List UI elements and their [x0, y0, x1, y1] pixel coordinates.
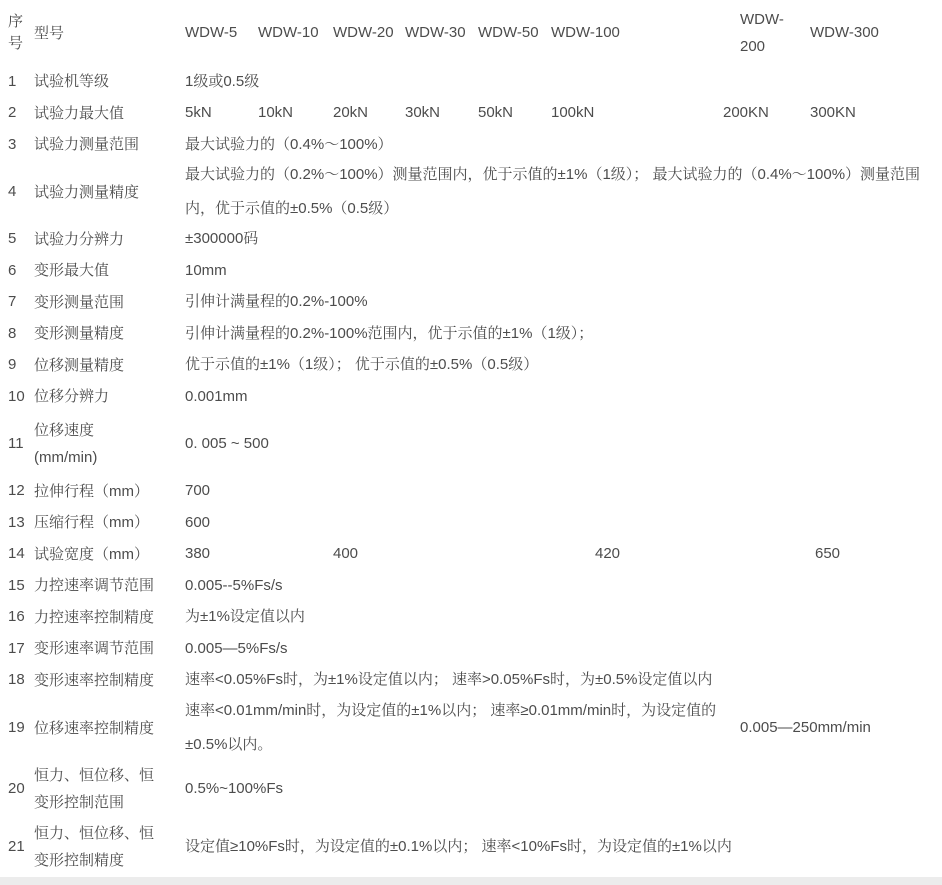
table-row: 10 位移分辨力 0.001mm — [0, 381, 942, 413]
row-value: 1级或0.5级 — [185, 65, 942, 99]
row-label: 恒力、恒位移、恒变形控制精度 — [34, 820, 185, 874]
row-label: 位移速率控制精度 — [34, 715, 185, 742]
row-value: 设定值≥10%Fs时，为设定值的±0.1%以内； 速率<10%Fs时，为设定值的… — [185, 830, 942, 864]
spec-table: 序 号 型号 WDW-5 WDW-10 WDW-20 WDW-30 WDW-50… — [0, 0, 942, 885]
width-cell: 650 — [815, 537, 840, 571]
row-label: 位移测量精度 — [34, 352, 185, 379]
row-number: 8 — [8, 323, 34, 345]
row-number: 15 — [8, 575, 34, 597]
row-label: 位移分辨力 — [34, 383, 185, 410]
row-number: 12 — [8, 480, 34, 502]
row-number: 5 — [8, 228, 34, 250]
table-row: 19 位移速率控制精度 速率<0.01mm/min时，为设定值的±1%以内； 速… — [0, 696, 942, 760]
row-label: 变形速率控制精度 — [34, 667, 185, 694]
row-value: 0.005--5%Fs/s — [185, 569, 942, 603]
table-row: 20 恒力、恒位移、恒变形控制范围 0.5%~100%Fs — [0, 760, 942, 817]
model-cell: WDW-300 — [810, 16, 879, 50]
table-row: 11 位移速度 (mm/min) 0. 005 ~ 500 — [0, 413, 942, 476]
row-number: 16 — [8, 606, 34, 628]
model-cell: WDW-200 — [740, 6, 804, 60]
row-value: 最大试验力的（0.2%～100%）测量范围内，优于示值的±1%（1级）； 最大试… — [185, 158, 930, 226]
model-cell: WDW-20 — [333, 16, 394, 50]
force-cell: 100kN — [551, 96, 594, 130]
table-row: 15 力控速率调节范围 0.005--5%Fs/s — [0, 570, 942, 602]
row-number: 3 — [8, 134, 34, 156]
row-label: 位移速度 (mm/min) — [34, 417, 185, 471]
row-label: 试验力分辨力 — [34, 226, 185, 253]
row-value: 600 — [185, 506, 942, 540]
header-model-label: 型号 — [34, 20, 185, 47]
table-row: 21 恒力、恒位移、恒变形控制精度 设定值≥10%Fs时，为设定值的±0.1%以… — [0, 817, 942, 877]
table-row: 14 试验宽度（mm） 380 400 420 650 — [0, 539, 942, 571]
row-value: 引伸计满量程的0.2%-100%范围内，优于示值的±1%（1级）； — [185, 317, 942, 351]
model-cell: WDW-30 — [405, 16, 466, 50]
model-cell: WDW-5 — [185, 16, 237, 50]
row-label: 力控速率控制精度 — [34, 604, 185, 631]
table-row: 7 变形测量范围 引伸计满量程的0.2%-100% — [0, 287, 942, 319]
row-label: 试验力测量范围 — [34, 131, 185, 158]
row-number: 14 — [8, 543, 34, 565]
row-number: 21 — [8, 836, 34, 858]
force-cell: 300KN — [810, 96, 856, 130]
table-row: 12 拉伸行程（mm） 700 — [0, 476, 942, 508]
row-value: 优于示值的±1%（1级）； 优于示值的±0.5%（0.5级） — [185, 348, 942, 382]
force-cell: 30kN — [405, 96, 440, 130]
row-value: ±300000码 — [185, 222, 942, 256]
width-cell: 380 — [185, 537, 210, 571]
row-label: 试验力测量精度 — [34, 179, 185, 206]
table-header-row: 序 号 型号 WDW-5 WDW-10 WDW-20 WDW-30 WDW-50… — [0, 0, 942, 66]
row-label: 拉伸行程（mm） — [34, 478, 185, 505]
row-value: 0. 005 ~ 500 — [185, 427, 942, 461]
row-number: 10 — [8, 386, 34, 408]
table-row: 13 压缩行程（mm） 600 — [0, 507, 942, 539]
row-value: 0.005—5%Fs/s — [185, 632, 942, 666]
width-cell: 400 — [333, 537, 358, 571]
table-row: 17 变形速率调节范围 0.005—5%Fs/s — [0, 633, 942, 665]
table-row: 5 试验力分辨力 ±300000码 — [0, 224, 942, 256]
header-models: WDW-5 WDW-10 WDW-20 WDW-30 WDW-50 WDW-10… — [185, 33, 942, 34]
row-label: 变形速率调节范围 — [34, 635, 185, 662]
width-cell: 420 — [595, 537, 620, 571]
row-number: 20 — [8, 778, 34, 800]
row-number: 19 — [8, 717, 34, 739]
row-label: 压缩行程（mm） — [34, 509, 185, 536]
row-number: 18 — [8, 669, 34, 691]
table-row: 8 变形测量精度 引伸计满量程的0.2%-100%范围内，优于示值的±1%（1级… — [0, 318, 942, 350]
table-row: 18 变形速率控制精度 速率<0.05%Fs时，为±1%设定值以内； 速率>0.… — [0, 665, 942, 697]
row-label: 恒力、恒位移、恒变形控制范围 — [34, 762, 185, 816]
force-cell: 50kN — [478, 96, 513, 130]
table-row: 3 试验力测量范围 最大试验力的（0.4%～100%） — [0, 129, 942, 161]
row-number: 13 — [8, 512, 34, 534]
row-value: 0.001mm — [185, 380, 942, 414]
row-value: 10mm — [185, 254, 942, 288]
row-label: 力控速率调节范围 — [34, 572, 185, 599]
table-row: 4 试验力测量精度 最大试验力的（0.2%～100%）测量范围内，优于示值的±1… — [0, 161, 942, 224]
row-value: 速率<0.05%Fs时，为±1%设定值以内； 速率>0.05%Fs时，为±0.5… — [185, 663, 942, 697]
row-number: 17 — [8, 638, 34, 660]
row-value: 0.5%~100%Fs — [185, 772, 942, 806]
row-label: 试验机等级 — [34, 68, 185, 95]
force-cell: 200KN — [723, 96, 769, 130]
row-value: 最大试验力的（0.4%～100%） — [185, 128, 942, 162]
row-number: 7 — [8, 291, 34, 313]
row-label: 试验力最大值 — [34, 100, 185, 127]
model-cell: WDW-50 — [478, 16, 539, 50]
row-number: 6 — [8, 260, 34, 282]
table-row: 1 试验机等级 1级或0.5级 — [0, 66, 942, 98]
row-value: 为±1%设定值以内 — [185, 600, 942, 634]
row-value: 700 — [185, 474, 942, 508]
row-label: 试验宽度（mm） — [34, 541, 185, 568]
force-cell: 20kN — [333, 96, 368, 130]
header-num-label: 序 号 — [8, 11, 34, 55]
row-number: 4 — [8, 181, 34, 203]
row-label: 变形测量精度 — [34, 320, 185, 347]
row-number: 2 — [8, 102, 34, 124]
force-cell: 5kN — [185, 96, 212, 130]
table-bottom-divider — [0, 877, 942, 885]
model-cell: WDW-10 — [258, 16, 319, 50]
model-cell: WDW-100 — [551, 16, 620, 50]
row-label: 变形测量范围 — [34, 289, 185, 316]
force-cell: 10kN — [258, 96, 293, 130]
row-number: 11 — [8, 433, 34, 455]
table-row: 6 变形最大值 10mm — [0, 255, 942, 287]
row-number: 1 — [8, 71, 34, 93]
row-value: 速率<0.01mm/min时，为设定值的±1%以内； 速率≥0.01mm/min… — [185, 694, 740, 762]
table-row: 16 力控速率控制精度 为±1%设定值以内 — [0, 602, 942, 634]
row-label: 变形最大值 — [34, 257, 185, 284]
speed-range-cell: 0.005—250mm/min — [740, 711, 871, 745]
row-number: 9 — [8, 354, 34, 376]
table-row: 2 试验力最大值 5kN 10kN 20kN 30kN 50kN 100kN 2… — [0, 98, 942, 130]
table-row: 9 位移测量精度 优于示值的±1%（1级）； 优于示值的±0.5%（0.5级） — [0, 350, 942, 382]
row-value: 引伸计满量程的0.2%-100% — [185, 285, 942, 319]
